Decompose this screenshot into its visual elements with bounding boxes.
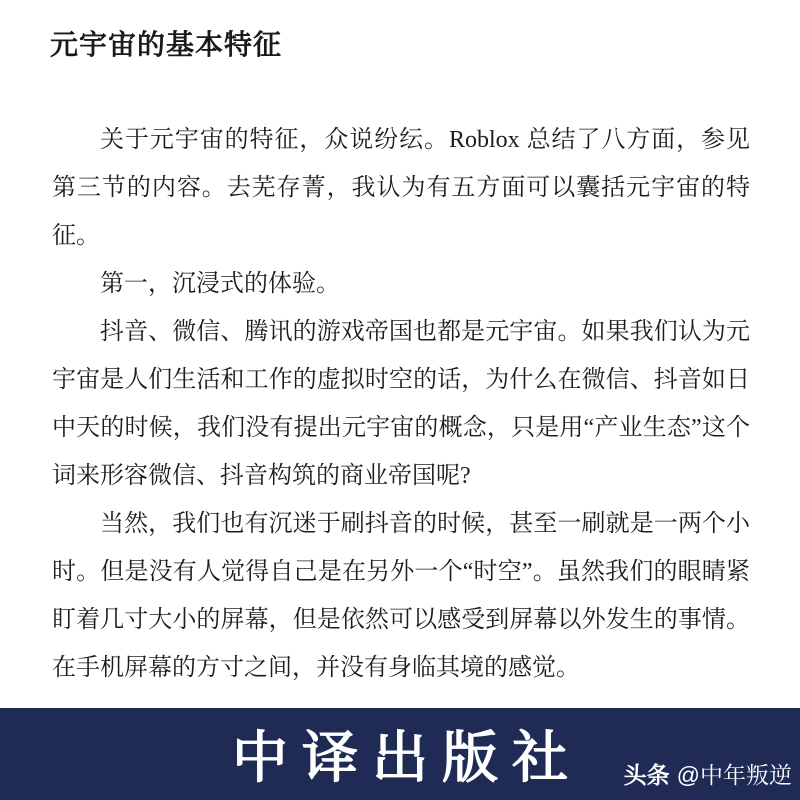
article-body: 关于元宇宙的特征，众说纷纭。Roblox 总结了八方面，参见第三节的内容。去芜存…: [52, 116, 750, 692]
publisher-banner: 中译出版社 头条@中年叛逆: [0, 708, 800, 800]
paragraph-immersion: 当然，我们也有沉迷于刷抖音的时候，甚至一刷就是一两个小时。但是没有人觉得自己是在…: [52, 500, 750, 692]
paragraph-douyin-wechat: 抖音、微信、腾讯的游戏帝国也都是元宇宙。如果我们认为元宇宙是人们生活和工作的虚拟…: [52, 308, 750, 500]
watermark: 头条@中年叛逆: [624, 757, 792, 790]
page-title: 元宇宙的基本特征: [50, 28, 282, 62]
watermark-source-label: 头条: [624, 762, 670, 788]
book-page: 元宇宙的基本特征 关于元宇宙的特征，众说纷纭。Roblox 总结了八方面，参见第…: [0, 0, 800, 800]
paragraph-first-point: 第一，沉浸式的体验。: [52, 260, 750, 308]
publisher-name: 中译出版社: [218, 714, 582, 794]
paragraph-intro: 关于元宇宙的特征，众说纷纭。Roblox 总结了八方面，参见第三节的内容。去芜存…: [52, 116, 750, 260]
watermark-handle: @中年叛逆: [677, 762, 792, 788]
